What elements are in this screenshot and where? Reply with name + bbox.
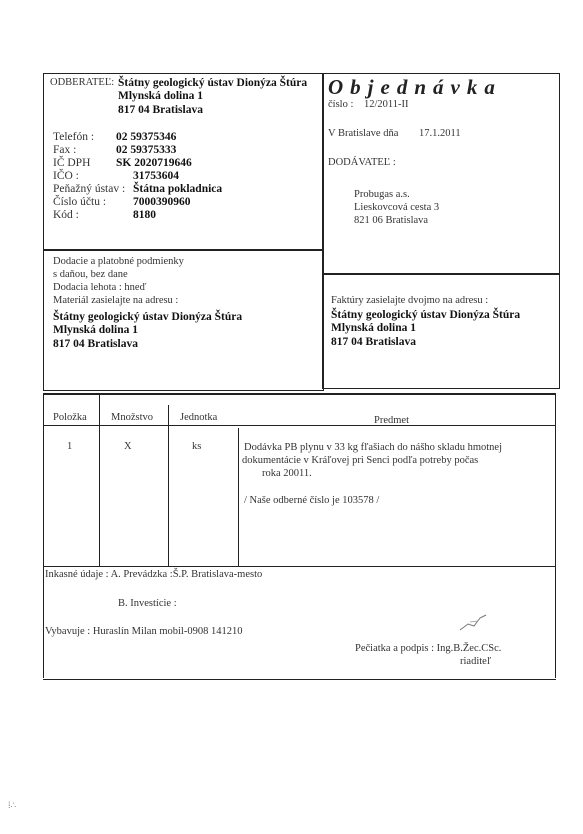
invoice-address-line: 817 04 Bratislava	[331, 335, 416, 349]
buyer-vat-value: SK 2020719646	[116, 156, 192, 170]
buyer-account-label: Číslo účtu :	[53, 195, 106, 209]
buyer-account-value: 7000390960	[133, 195, 191, 209]
row-subject-line: roka 20011.	[262, 467, 312, 481]
signature-scribble-icon	[458, 612, 490, 632]
invoice-address-line: Štátny geologický ústav Dionýza Štúra	[331, 308, 520, 322]
supplier-name: Probugas a.s.	[354, 188, 410, 202]
buyer-vat-label: IČ DPH	[53, 156, 90, 170]
buyer-bank-value: Štátna pokladnica	[133, 182, 222, 196]
document-number-label: číslo :	[328, 98, 353, 112]
invoice-address-line: Mlynská dolina 1	[331, 321, 416, 335]
row-unit: ks	[192, 440, 201, 454]
footer-right-border	[555, 566, 556, 678]
buyer-code-value: 8180	[133, 208, 156, 222]
table-header-subject: Predmet	[374, 414, 409, 428]
row-subject-line: Dodávka PB plynu v 33 kg fľašiach do náš…	[244, 441, 502, 455]
delivery-line: Dodacie a platobné podmienky	[53, 255, 184, 269]
supplier-city: 821 06 Bratislava	[354, 214, 428, 228]
buyer-phone-value: 02 59375346	[116, 130, 176, 144]
delivery-line: Dodacia lehota : hneď	[53, 281, 146, 295]
delivery-line: Materiál zasielajte na adresu :	[53, 294, 178, 308]
signatory-role: riaditeľ	[460, 655, 491, 669]
invoice-label: Faktúry zasielajte dvojmo na adresu :	[331, 294, 488, 308]
document-title: Objednávka	[328, 75, 502, 99]
delivery-address-line: Mlynská dolina 1	[53, 323, 138, 337]
row-subject-line: dokumentácie v Kráľovej pri Senci podľa …	[242, 454, 478, 468]
handled-by: Vybavuje : Huraslín Milan mobil-0908 141…	[45, 625, 242, 639]
buyer-phone-label: Telefón :	[53, 130, 94, 144]
order-box	[322, 73, 560, 275]
table-col-divider	[168, 405, 169, 566]
table-header-item: Položka	[53, 411, 87, 425]
row-item: 1	[67, 440, 72, 454]
table-col-divider	[99, 394, 100, 566]
table-bottom-border	[43, 566, 556, 567]
table-header-unit: Jednotka	[180, 411, 217, 425]
delivery-address-line: 817 04 Bratislava	[53, 337, 138, 351]
buyer-bank-label: Peňažný ústav :	[53, 182, 125, 196]
row-quantity: X	[124, 440, 132, 454]
footer-left-border	[43, 566, 44, 678]
table-col-divider	[238, 428, 239, 566]
delivery-address-line: Štátny geologický ústav Dionýza Štúra	[53, 310, 242, 324]
footer-bottom-border	[43, 679, 556, 680]
scan-artifact: ⁞∴	[8, 800, 16, 811]
document-number: 12/2011-II	[364, 98, 409, 112]
collection-b: B. Investície :	[118, 597, 177, 611]
stamp-label: Pečiatka a podpis : Ing.B.Žec.CSc.	[355, 642, 501, 656]
row-note: / Naše odberné číslo je 103578 /	[244, 494, 379, 508]
table-right-border	[555, 394, 556, 566]
buyer-street: Mlynská dolina 1	[118, 89, 203, 103]
buyer-city: 817 04 Bratislava	[118, 103, 203, 117]
document-date: 17.1.2011	[419, 127, 461, 141]
delivery-line: s daňou, bez dane	[53, 268, 128, 282]
supplier-label: DODÁVATEĽ :	[328, 156, 396, 170]
buyer-fax-label: Fax :	[53, 143, 76, 157]
supplier-street: Lieskovcová cesta 3	[354, 201, 439, 215]
table-header-quantity: Množstvo	[111, 411, 153, 425]
table-header-divider	[43, 425, 556, 426]
buyer-fax-value: 02 59375333	[116, 143, 176, 157]
table-top-border	[43, 393, 556, 395]
buyer-name: Štátny geologický ústav Dionýza Štúra	[118, 76, 307, 90]
buyer-ico-value: 31753604	[133, 169, 179, 183]
place-date-label: V Bratislave dňa	[328, 127, 398, 141]
collection-a: Inkasné údaje : A. Prevádzka :Š.P. Brati…	[45, 568, 262, 582]
table-left-border	[43, 394, 44, 566]
buyer-code-label: Kód :	[53, 208, 79, 222]
buyer-ico-label: IČO :	[53, 169, 79, 183]
buyer-label: ODBERATEĽ:	[50, 76, 114, 90]
